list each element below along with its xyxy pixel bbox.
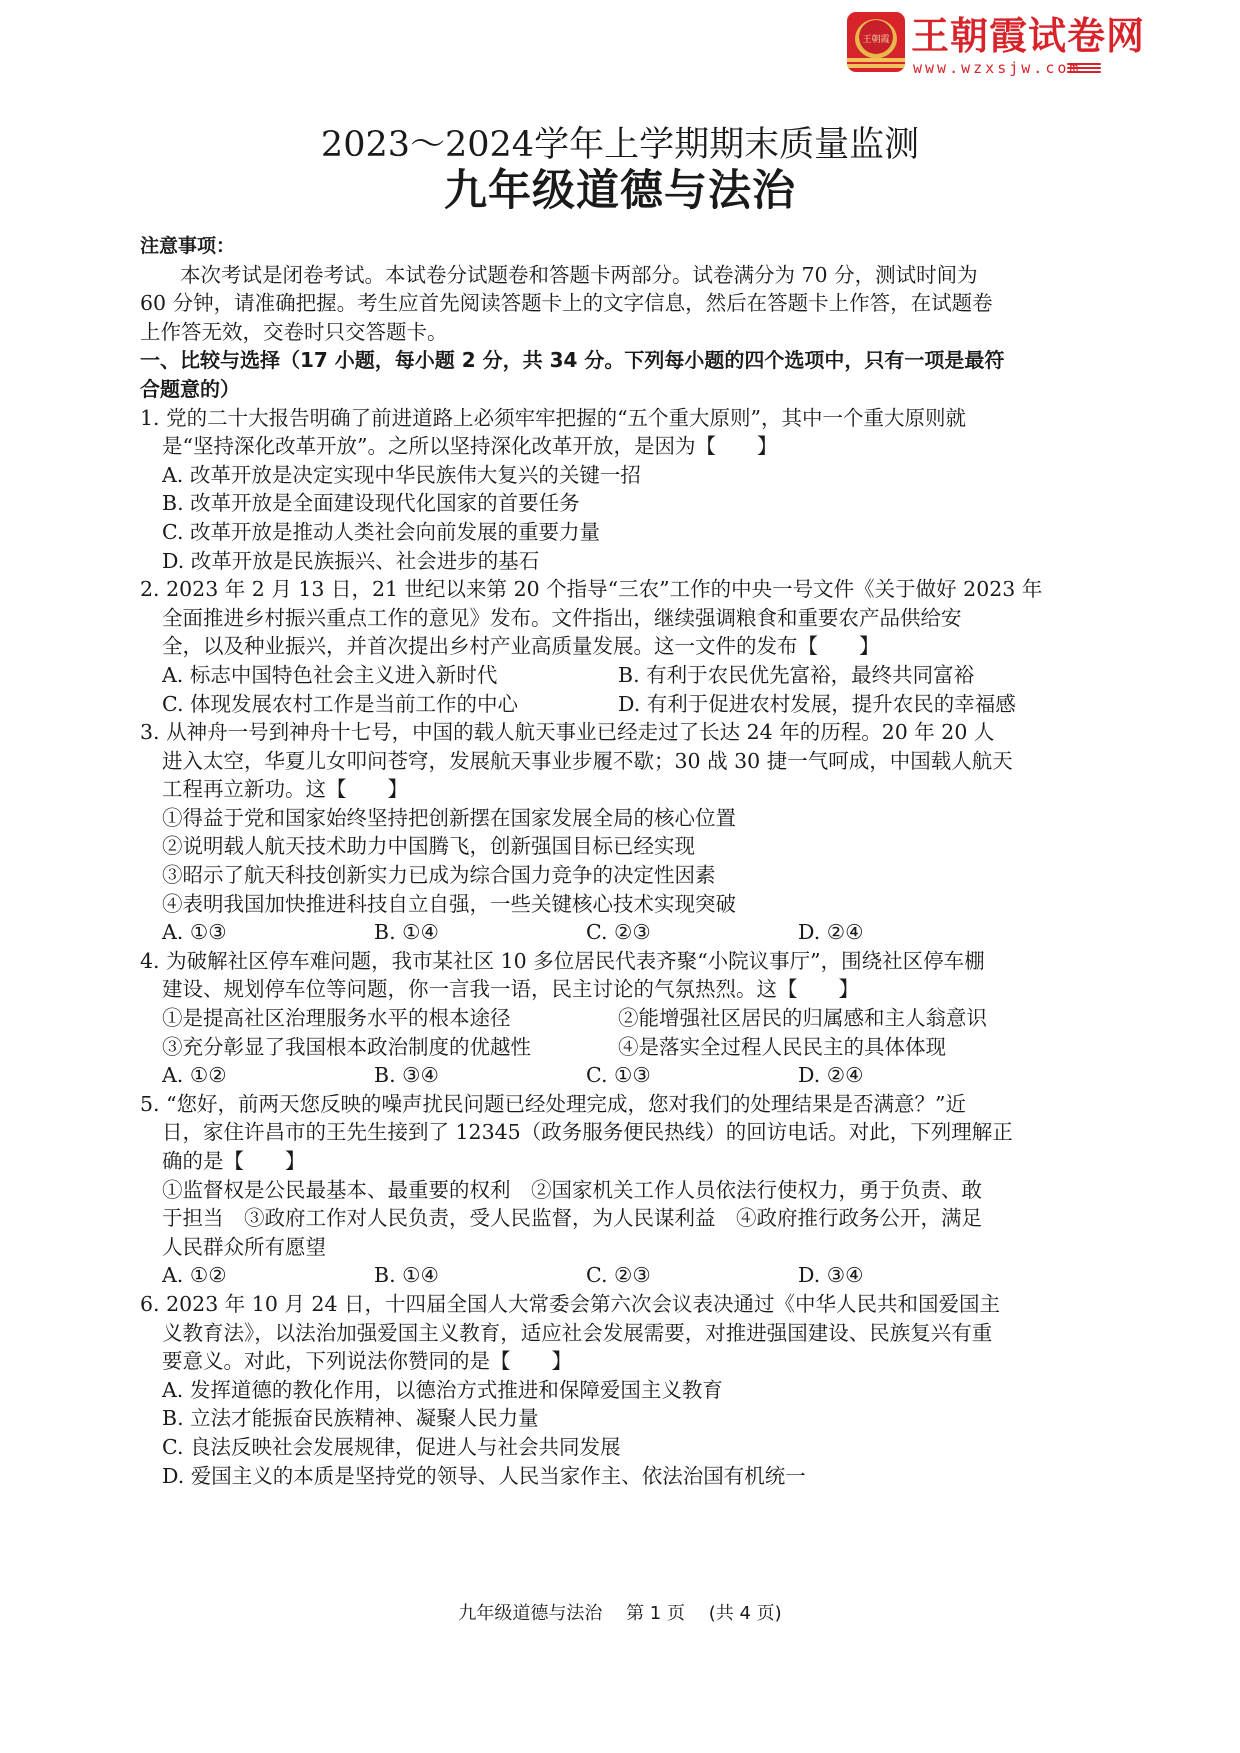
option-b: B. 有利于农民优先富裕，最终共同富裕 (618, 661, 1074, 690)
option-a: A. ①② (162, 1261, 374, 1290)
statements-row: ③充分彰显了我国根本政治制度的优越性 ④是落实全过程人民民主的具体体现 (140, 1033, 1102, 1062)
option-a: A. 标志中国特色社会主义进入新时代 (162, 661, 618, 690)
section-heading: 合题意的） (140, 375, 1102, 404)
question-stem: 5. “您好，前两天您反映的噪声扰民问题已经处理完成，您对我们的处理结果是否满意… (140, 1090, 1102, 1119)
notes-line: 本次考试是闭卷考试。本试卷分试题卷和答题卡两部分。试卷满分为 70 分，测试时间… (140, 261, 1102, 290)
option-b: B. 改革开放是全面建设现代化国家的首要任务 (140, 489, 1102, 518)
option-d: D. ③④ (798, 1261, 1010, 1290)
question-stem: 日，家住许昌市的王先生接到了 12345（政务服务便民热线）的回访电话。对此，下… (140, 1118, 1102, 1147)
statements-line: 人民群众所有愿望 (140, 1233, 1102, 1262)
question-stem: 义教育法》，以法治加强爱国主义教育，适应社会发展需要，对推进强国建设、民族复兴有… (140, 1319, 1102, 1348)
statements-line: 于担当 ③政府工作对人民负责，受人民监督，为人民谋利益 ④政府推行政务公开，满足 (140, 1204, 1102, 1233)
option-b: B. ③④ (374, 1061, 586, 1090)
question-stem: 进入太空，华夏儿女叩问苍穹，发展航天事业步履不歇；30 战 30 捷一气呵成，中… (140, 747, 1102, 776)
question-6: 6. 2023 年 10 月 24 日，十四届全国人大常委会第六次会议表决通过《… (140, 1290, 1102, 1490)
options-row: A. 标志中国特色社会主义进入新时代 B. 有利于农民优先富裕，最终共同富裕 (140, 661, 1102, 690)
medal-text: 王朝霞 (855, 32, 897, 45)
option-a: A. ①② (162, 1061, 374, 1090)
options-row: A. ①② B. ③④ C. ①③ D. ②④ (140, 1061, 1102, 1090)
question-stem: 确的是【 】 (140, 1147, 1102, 1176)
question-stem: 6. 2023 年 10 月 24 日，十四届全国人大常委会第六次会议表决通过《… (140, 1290, 1102, 1319)
option-d: D. 爱国主义的本质是坚持党的领导、人民当家作主、依法治国有机统一 (140, 1462, 1102, 1491)
question-stem: 1. 党的二十大报告明确了前进道路上必须牢牢把握的“五个重大原则”，其中一个重大… (140, 404, 1102, 433)
statement-3: ③充分彰显了我国根本政治制度的优越性 (162, 1033, 618, 1062)
option-a: A. 发挥道德的教化作用，以德治方式推进和保障爱国主义教育 (140, 1376, 1102, 1405)
question-1: 1. 党的二十大报告明确了前进道路上必须牢牢把握的“五个重大原则”，其中一个重大… (140, 404, 1102, 576)
section-heading: 一、比较与选择（17 小题，每小题 2 分，共 34 分。下列每小题的四个选项中… (140, 346, 1102, 375)
statement-4: ④表明我国加快推进科技自立自强，一些关键核心技术实现突破 (140, 890, 1102, 919)
option-b: B. ①④ (374, 918, 586, 947)
statement-2: ②说明载人航天技术助力中国腾飞，创新强国目标已经实现 (140, 832, 1102, 861)
subject-title: 九年级道德与法治 (0, 166, 1240, 216)
statements-row: ①是提高社区治理服务水平的根本途径 ②能增强社区居民的归属感和主人翁意识 (140, 1004, 1102, 1033)
notes-block: 注意事项： 本次考试是闭卷考试。本试卷分试题卷和答题卡两部分。试卷满分为 70 … (140, 232, 1102, 346)
statement-3: ③昭示了航天科技创新实力已成为综合国力竞争的决定性因素 (140, 861, 1102, 890)
option-b: B. ①④ (374, 1261, 586, 1290)
question-stem: 是“坚持深化改革开放”。之所以坚持深化改革开放，是因为【 】 (140, 432, 1102, 461)
option-d: D. ②④ (798, 1061, 1010, 1090)
question-stem: 工程再立新功。这【 】 (140, 775, 1102, 804)
waves-icon (1067, 63, 1101, 75)
option-a: A. ①③ (162, 918, 374, 947)
question-4: 4. 为破解社区停车难问题，我市某社区 10 多位居民代表齐聚“小院议事厅”，围… (140, 947, 1102, 1090)
option-c: C. 体现发展农村工作是当前工作的中心 (162, 690, 618, 719)
page-footer: 九年级道德与法治 第 1 页 (共 4 页) (0, 1599, 1240, 1625)
question-5: 5. “您好，前两天您反映的噪声扰民问题已经处理完成，您对我们的处理结果是否满意… (140, 1090, 1102, 1290)
exam-body: 注意事项： 本次考试是闭卷考试。本试卷分试题卷和答题卡两部分。试卷满分为 70 … (140, 232, 1102, 1490)
question-stem: 全，以及种业振兴，并首次提出乡村产业高质量发展。这一文件的发布【 】 (140, 632, 1102, 661)
statement-4: ④是落实全过程人民民主的具体体现 (618, 1033, 1074, 1062)
question-stem: 4. 为破解社区停车难问题，我市某社区 10 多位居民代表齐聚“小院议事厅”，围… (140, 947, 1102, 976)
question-stem: 全面推进乡村振兴重点工作的意见》发布。文件指出，继续强调粮食和重要农产品供给安 (140, 604, 1102, 633)
exam-title: 2023～2024学年上学期期末质量监测 (0, 124, 1240, 166)
notes-heading: 注意事项： (140, 232, 1102, 261)
notes-line: 60 分钟，请准确把握。考生应首先阅读答题卡上的文字信息，然后在答题卡上作答，在… (140, 289, 1102, 318)
brand-url: www.wzxsjw.com (913, 59, 1081, 77)
options-row: A. ①② B. ①④ C. ②③ D. ③④ (140, 1261, 1102, 1290)
question-3: 3. 从神舟一号到神舟十七号，中国的载人航天事业已经走过了长达 24 年的历程。… (140, 718, 1102, 947)
option-b: B. 立法才能振奋民族精神、凝聚人民力量 (140, 1404, 1102, 1433)
option-d: D. ②④ (798, 918, 1010, 947)
question-stem: 建设、规划停车位等问题，你一言我一语，民主讨论的气氛热烈。这【 】 (140, 975, 1102, 1004)
option-c: C. 良法反映社会发展规律，促进人与社会共同发展 (140, 1433, 1102, 1462)
question-stem: 2. 2023 年 2 月 13 日，21 世纪以来第 20 个指导“三农”工作… (140, 575, 1102, 604)
notes-line: 上作答无效，交卷时只交答题卡。 (140, 318, 1102, 347)
medal-logo-icon: 王朝霞 (847, 12, 905, 72)
option-c: C. ②③ (586, 1261, 798, 1290)
question-stem: 3. 从神舟一号到神舟十七号，中国的载人航天事业已经走过了长达 24 年的历程。… (140, 718, 1102, 747)
option-c: C. ①③ (586, 1061, 798, 1090)
option-a: A. 改革开放是决定实现中华民族伟大复兴的关键一招 (140, 461, 1102, 490)
options-row: A. ①③ B. ①④ C. ②③ D. ②④ (140, 918, 1102, 947)
site-logo: 王朝霞 王朝霞试卷网 www.wzxsjw.com (845, 10, 1105, 80)
option-d: D. 有利于促进农村发展，提升农民的幸福感 (618, 690, 1074, 719)
statements-line: ①监督权是公民最基本、最重要的权利 ②国家机关工作人员依法行使权力，勇于负责、敢 (140, 1176, 1102, 1205)
statement-1: ①是提高社区治理服务水平的根本途径 (162, 1004, 618, 1033)
options-row: C. 体现发展农村工作是当前工作的中心 D. 有利于促进农村发展，提升农民的幸福… (140, 690, 1102, 719)
question-2: 2. 2023 年 2 月 13 日，21 世纪以来第 20 个指导“三农”工作… (140, 575, 1102, 718)
option-d: D. 改革开放是民族振兴、社会进步的基石 (140, 547, 1102, 576)
ribbon-stripe (847, 64, 905, 68)
statement-2: ②能增强社区居民的归属感和主人翁意识 (618, 1004, 1074, 1033)
option-c: C. ②③ (586, 918, 798, 947)
brand-name: 王朝霞试卷网 (911, 14, 1145, 58)
ribbon-stripe (847, 58, 905, 62)
option-c: C. 改革开放是推动人类社会向前发展的重要力量 (140, 518, 1102, 547)
medal-emblem: 王朝霞 (855, 19, 897, 59)
question-stem: 要意义。对此，下列说法你赞同的是【 】 (140, 1347, 1102, 1376)
statement-1: ①得益于党和国家始终坚持把创新摆在国家发展全局的核心位置 (140, 804, 1102, 833)
